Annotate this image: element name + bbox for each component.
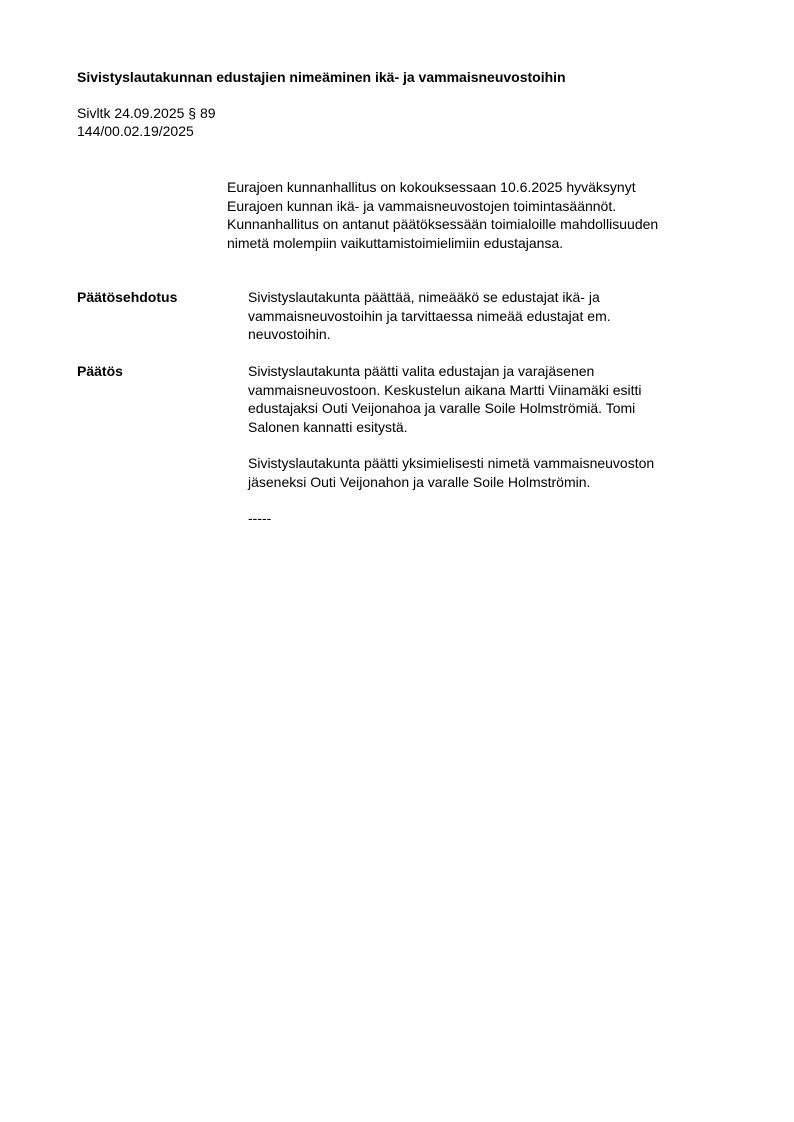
text-line: Sivistyslautakunta päätti yksimielisesti… (248, 454, 738, 473)
intro-paragraph: Eurajoen kunnanhallitus on kokouksessaan… (227, 178, 727, 252)
intro-line: nimetä molempiin vaikuttamistoimielimiin… (227, 234, 727, 253)
text-line: Sivistyslautakunta päätti valita edustaj… (248, 362, 738, 381)
section-label-proposal: Päätösehdotus (77, 288, 177, 306)
intro-line: Eurajoen kunnan ikä- ja vammaisneuvostoj… (227, 197, 727, 216)
text-line: vammaisneuvostoihin ja tarvittaessa nime… (248, 307, 738, 326)
section-body-decision: Sivistyslautakunta päätti valita edustaj… (248, 362, 738, 528)
paragraph: Sivistyslautakunta päätti valita edustaj… (248, 362, 738, 436)
record-id: 144/00.02.19/2025 (77, 122, 216, 140)
section-label-decision: Päätös (77, 362, 123, 380)
meeting-reference: Sivltk 24.09.2025 § 89 (77, 104, 216, 122)
text-line: jäseneksi Outi Veijonahon ja varalle Soi… (248, 473, 738, 492)
meeting-reference-block: Sivltk 24.09.2025 § 89 144/00.02.19/2025 (77, 104, 216, 140)
text-line: Salonen kannatti esitystä. (248, 418, 738, 437)
text-line: vammaisneuvostoon. Keskustelun aikana Ma… (248, 381, 738, 400)
paragraph: Sivistyslautakunta päätti yksimielisesti… (248, 454, 738, 491)
end-dashes: ----- (248, 509, 738, 528)
text-line: edustajaksi Outi Veijonahoa ja varalle S… (248, 399, 738, 418)
document-title: Sivistyslautakunnan edustajien nimeämine… (77, 68, 566, 86)
intro-line: Kunnanhallitus on antanut päätöksessään … (227, 215, 727, 234)
section-body-proposal: Sivistyslautakunta päättää, nimeääkö se … (248, 288, 738, 344)
end-marker: ----- (248, 509, 738, 528)
intro-line: Eurajoen kunnanhallitus on kokouksessaan… (227, 178, 727, 197)
text-line: Sivistyslautakunta päättää, nimeääkö se … (248, 288, 738, 307)
text-line: neuvostoihin. (248, 325, 738, 344)
document-page: Sivistyslautakunnan edustajien nimeämine… (0, 0, 794, 1122)
paragraph: Sivistyslautakunta päättää, nimeääkö se … (248, 288, 738, 344)
